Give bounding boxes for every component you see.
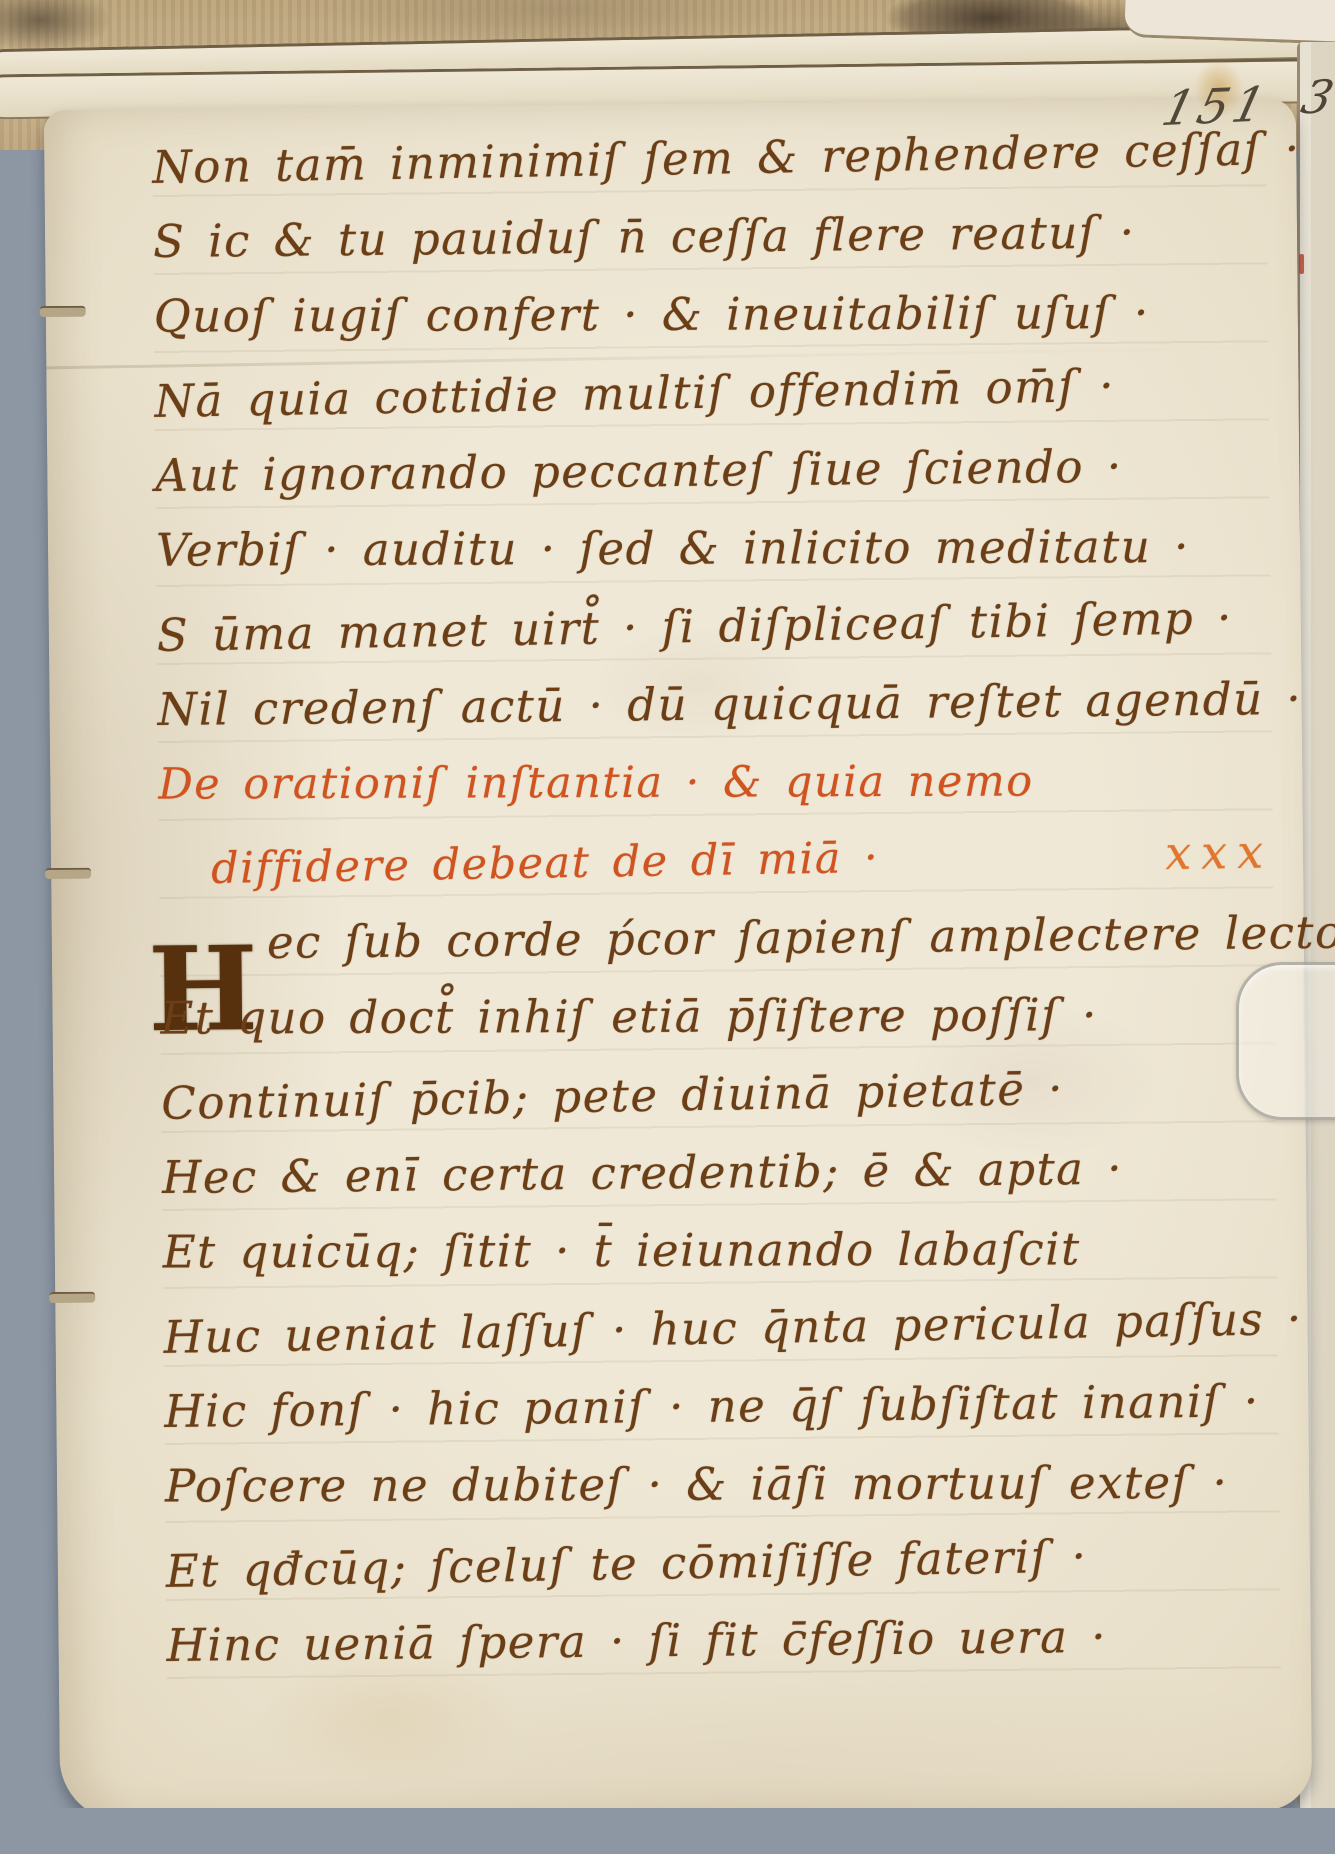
line-text: Hec & enī certa credentib; ē & apta · — [162, 1134, 1124, 1213]
rubric-line: De orationiſ inſtantia · & quia nemo — [158, 738, 1272, 820]
manuscript-line: Hec ſub corde ṕcor ſapienſ amplectere le… — [159, 890, 1274, 979]
line-text: Et quicūq; ſitit · t̄ ieiunando labaſcit — [163, 1214, 1081, 1287]
line-text: Continuiſ p̄cib; pete diuinā pietatē · — [161, 1054, 1065, 1139]
line-text: Et qđcūq; ſceluſ te cōmiſiſſe fateriſ · — [165, 1522, 1088, 1607]
line-text: Verbiſ · auditu · ſed & inlicito meditat… — [156, 512, 1190, 586]
chapter-marker: xxx — [1165, 816, 1274, 888]
manuscript-line: Hinc ueniā ſpera · ſi fit c̄feſſio uera … — [166, 1592, 1281, 1681]
text-block: Non tam̄ inminimiſ ſem & rephendere ceſſ… — [152, 110, 1281, 1741]
manuscript-line: Verbiſ · auditu · ſed & inlicito meditat… — [156, 504, 1270, 586]
line-text: Nā quia cottidie multiſ offendim̄ om̄ſ · — [154, 351, 1116, 437]
line-text: Hic fonſ · hic paniſ · ne q̄ſ ſubſiſtat … — [164, 1366, 1260, 1447]
sewing-slit — [40, 306, 86, 317]
page-holder-tab — [1236, 962, 1335, 1120]
line-text: Aut ignorando peccanteſ ſiue ſciendo · — [155, 432, 1123, 511]
manuscript-line: Et quicūq; ſitit · t̄ ieiunando labaſcit — [163, 1206, 1277, 1288]
sewing-slit — [45, 868, 91, 879]
line-text: Et quo doct̊ inhiſ etiā p̄ſiſtere poſſiſ… — [160, 980, 1098, 1053]
manuscript-line: Nil credenſ actū · dū quicquā reſtet age… — [157, 656, 1272, 745]
line-text: Hinc ueniā ſpera · ſi fit c̄feſſio uera … — [166, 1602, 1107, 1681]
manuscript-line: Huc ueniat laſſuſ · huc q̄nta pericula p… — [163, 1276, 1278, 1372]
manuscript-line: Quoſ iugiſ confert · & ineuitabiliſ uſuſ… — [154, 270, 1268, 352]
manuscript-line: Continuiſ p̄cib; pete diuinā pietatē · — [161, 1042, 1276, 1138]
manuscript-line: Non tam̄ inminimiſ ſem & rephendere ceſſ… — [152, 106, 1267, 202]
manuscript-line: Aut ignorando peccanteſ ſiue ſciendo · — [155, 422, 1270, 511]
manuscript-line: Hec & enī certa credentib; ē & apta · — [162, 1124, 1277, 1213]
manuscript-line: Et quo doct̊ inhiſ etiā p̄ſiſtere poſſiſ… — [160, 972, 1274, 1054]
line-text: De orationiſ inſtantia · & quia nemo — [158, 747, 1034, 820]
red-edge-mark — [1299, 254, 1304, 274]
line-text: S ic & tu pauiduſ n̄ ceſſa flere reatuſ … — [153, 198, 1136, 277]
manuscript-scan: 3 151 Non tam̄ inminimiſ ſem & rephender… — [0, 0, 1335, 1854]
line-text: diffidere debeat de dī miā · — [211, 823, 880, 904]
manuscript-line: Et qđcūq; ſceluſ te cōmiſiſſe fateriſ · — [165, 1510, 1280, 1606]
manuscript-line: Hic fonſ · hic paniſ · ne q̄ſ ſubſiſtat … — [164, 1358, 1279, 1447]
manuscript-line: Nā quia cottidie multiſ offendim̄ om̄ſ · — [154, 340, 1269, 436]
sewing-slit — [49, 1292, 95, 1303]
scan-background-strip — [0, 1808, 1335, 1854]
adjacent-folio-number: 3 — [1296, 70, 1335, 124]
line-text: Quoſ iugiſ confert · & ineuitabiliſ uſuſ… — [154, 278, 1150, 351]
manuscript-line: S ūma manet uirt̊ · ſi diſpliceaſ tibi ſ… — [156, 574, 1271, 670]
manuscript-page: 151 Non tam̄ inminimiſ ſem & rephendere … — [44, 98, 1312, 1822]
line-text: ec ſub corde ṕcor ſapienſ amplectere lec… — [267, 897, 1335, 978]
line-text: Nil credenſ actū · dū quicquā reſtet age… — [157, 664, 1302, 745]
manuscript-line: S ic & tu pauiduſ n̄ ceſſa flere reatuſ … — [153, 188, 1268, 277]
line-text: Poſcere ne dubiteſ · & iāſi mortuuſ exte… — [165, 1448, 1229, 1522]
manuscript-line: Poſcere ne dubiteſ · & iāſi mortuuſ exte… — [165, 1440, 1279, 1522]
rubric-line: diffidere debeat de dī miā ·xxx — [158, 808, 1273, 904]
